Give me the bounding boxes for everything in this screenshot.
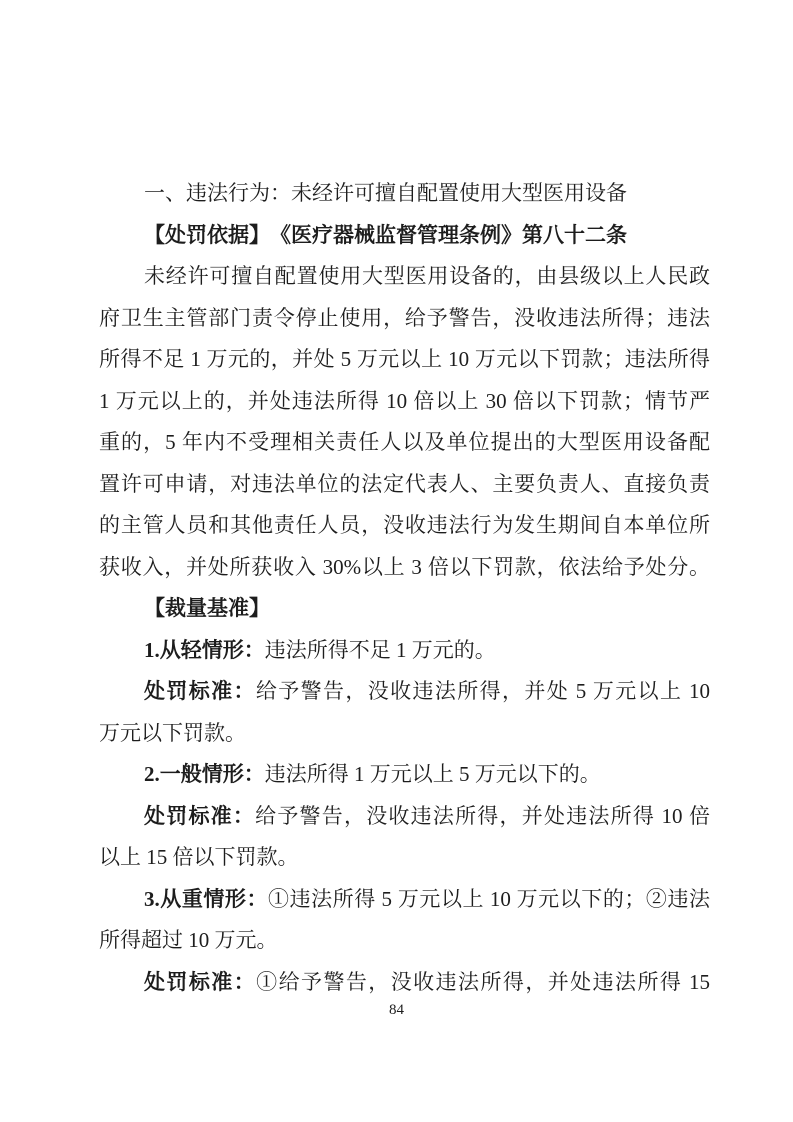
text-segment: ①违法所得 5 万元以上 10 万元以下的；②违法 xyxy=(268,887,710,911)
text-line: 处罚标准：给予警告，没收违法所得，并处 5 万元以上 10 xyxy=(99,671,710,713)
text-segment: 一、违法行为：未经许可擅自配置使用大型医用设备 xyxy=(144,181,627,205)
text-line: 获收入，并处所获收入 30%以上 3 倍以下罚款，依法给予处分。 xyxy=(99,547,710,589)
text-line: 所得超过 10 万元。 xyxy=(99,920,710,962)
text-line: 一、违法行为：未经许可擅自配置使用大型医用设备 xyxy=(99,173,710,215)
text-line: 的主管人员和其他责任人员，没收违法行为发生期间自本单位所 xyxy=(99,505,710,547)
text-segment: 违法所得不足 1 万元的。 xyxy=(265,638,496,662)
text-segment: ①给予警告，没收违法所得，并处违法所得 15 xyxy=(256,970,710,994)
text-line: 1.从轻情形：违法所得不足 1 万元的。 xyxy=(99,630,710,672)
text-line: 【处罚依据】 《医疗器械监督管理条例》第八十二条 xyxy=(99,215,710,257)
text-line: 置许可申请，对违法单位的法定代表人、主要负责人、直接负责 xyxy=(99,464,710,506)
text-segment-bold: 处罚标准： xyxy=(144,679,256,703)
text-segment: 所得不足 1 万元的，并处 5 万元以上 10 万元以下罚款；违法所得 xyxy=(99,347,710,371)
text-segment-bold: 处罚标准： xyxy=(144,804,255,828)
text-segment-bold: 3.从重情形： xyxy=(144,887,268,911)
text-segment: 重的，5 年内不受理相关责任人以及单位提出的大型医用设备配 xyxy=(99,430,710,454)
page-number: 84 xyxy=(0,1000,793,1020)
text-line: 处罚标准：①给予警告，没收违法所得，并处违法所得 15 xyxy=(99,962,710,1004)
text-line: 【裁量基准】 xyxy=(99,588,710,630)
text-line: 万元以下罚款。 xyxy=(99,713,710,755)
text-segment: 未经许可擅自配置使用大型医用设备的，由县级以上人民政 xyxy=(144,264,710,288)
text-segment-bold: 1.从轻情形： xyxy=(144,638,265,662)
document-body: 一、违法行为：未经许可擅自配置使用大型医用设备【处罚依据】 《医疗器械监督管理条… xyxy=(99,173,710,1003)
text-segment: 的主管人员和其他责任人员，没收违法行为发生期间自本单位所 xyxy=(99,513,710,537)
text-segment: 置许可申请，对违法单位的法定代表人、主要负责人、直接负责 xyxy=(99,472,710,496)
text-line: 重的，5 年内不受理相关责任人以及单位提出的大型医用设备配 xyxy=(99,422,710,464)
text-line: 未经许可擅自配置使用大型医用设备的，由县级以上人民政 xyxy=(99,256,710,298)
text-line: 府卫生主管部门责令停止使用，给予警告，没收违法所得；违法 xyxy=(99,298,710,340)
text-segment-bold: 处罚标准： xyxy=(144,970,256,994)
text-segment: 违法所得 1 万元以上 5 万元以下的。 xyxy=(265,762,601,786)
text-segment-bold: 2.一般情形： xyxy=(144,762,265,786)
text-segment: 1 万元以上的，并处违法所得 10 倍以上 30 倍以下罚款；情节严 xyxy=(99,389,710,413)
text-segment: 万元以下罚款。 xyxy=(99,721,246,745)
text-line: 3.从重情形：①违法所得 5 万元以上 10 万元以下的；②违法 xyxy=(99,879,710,921)
text-line: 处罚标准：给予警告，没收违法所得，并处违法所得 10 倍 xyxy=(99,796,710,838)
text-segment: 给予警告，没收违法所得，并处 5 万元以上 10 xyxy=(256,679,710,703)
text-segment: 所得超过 10 万元。 xyxy=(99,928,278,952)
text-segment: 以上 15 倍以下罚款。 xyxy=(99,845,299,869)
text-line: 以上 15 倍以下罚款。 xyxy=(99,837,710,879)
text-segment: 府卫生主管部门责令停止使用，给予警告，没收违法所得；违法 xyxy=(99,306,710,330)
document-page: 一、违法行为：未经许可擅自配置使用大型医用设备【处罚依据】 《医疗器械监督管理条… xyxy=(0,0,793,1122)
text-segment: 给予警告，没收违法所得，并处违法所得 10 倍 xyxy=(255,804,710,828)
text-segment: 获收入，并处所获收入 30%以上 3 倍以下罚款，依法给予处分。 xyxy=(99,555,710,579)
text-segment-bold: 【裁量基准】 xyxy=(144,596,270,620)
text-line: 2.一般情形：违法所得 1 万元以上 5 万元以下的。 xyxy=(99,754,710,796)
text-line: 1 万元以上的，并处违法所得 10 倍以上 30 倍以下罚款；情节严 xyxy=(99,381,710,423)
text-segment-bold: 【处罚依据】 《医疗器械监督管理条例》第八十二条 xyxy=(144,223,627,247)
text-line: 所得不足 1 万元的，并处 5 万元以上 10 万元以下罚款；违法所得 xyxy=(99,339,710,381)
